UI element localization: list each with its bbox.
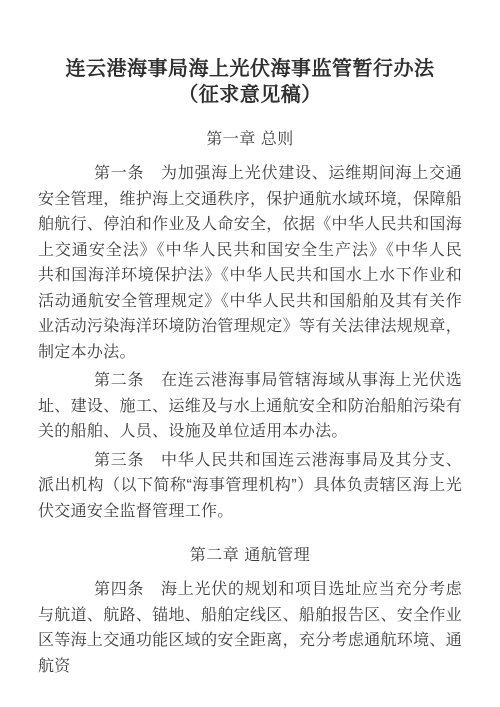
chapter-heading-1: 第一章 总则 [38,127,462,152]
article-1: 第一条 为加强海上光伏建设、运维期间海上交通安全管理，维护海上交通秩序，保护通航… [38,161,462,365]
chapter-heading-2: 第二章 通航管理 [38,543,462,568]
document-title-line1: 连云港海事局海上光伏海事监管暂行办法 [38,56,462,82]
document-title-line2: （征求意见稿） [38,82,462,108]
article-2: 第二条 在连云港海事局管辖海域从事海上光伏选址、建设、施工、运维及与水上通航安全… [38,368,462,445]
document-title: 连云港海事局海上光伏海事监管暂行办法 （征求意见稿） [38,56,462,108]
article-3: 第三条 中华人民共和国连云港海事局及其分支、派出机构（以下简称“海事管理机构”）… [38,448,462,525]
document-page: 连云港海事局海上光伏海事监管暂行办法 （征求意见稿） 第一章 总则 第一条 为加… [0,0,500,707]
article-4: 第四条 海上光伏的规划和项目选址应当充分考虑与航道、航路、锚地、船舶定线区、船舶… [38,577,462,679]
